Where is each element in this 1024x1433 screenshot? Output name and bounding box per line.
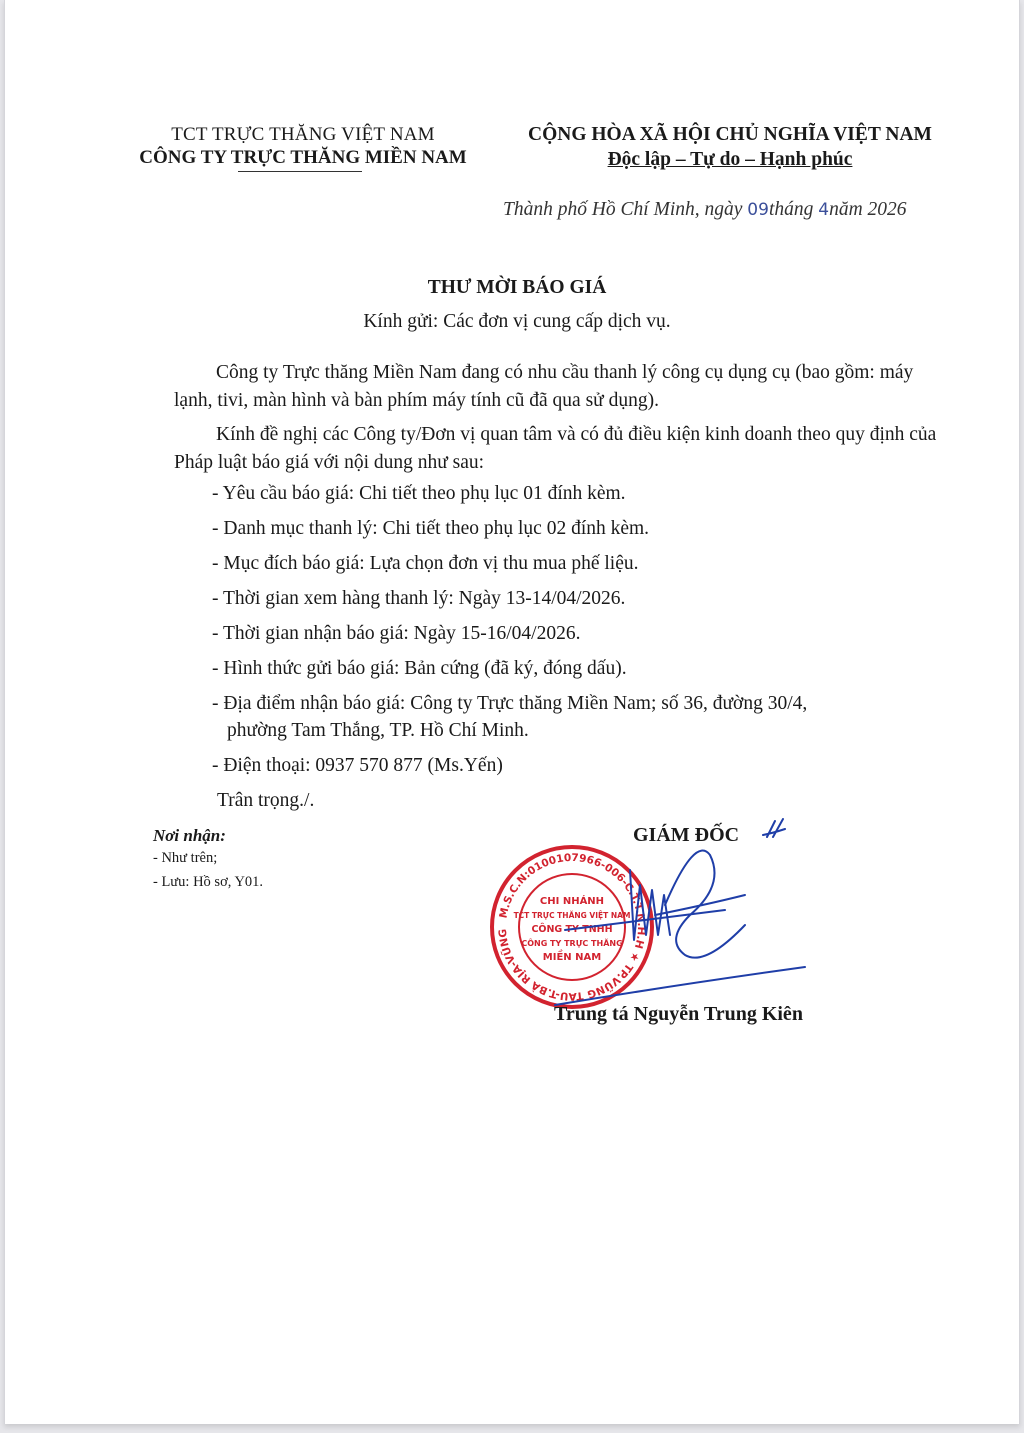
distribution-item: - Lưu: Hồ sơ, Y01. (153, 874, 263, 891)
document-page: TCT TRỰC THĂNG VIỆT NAM CÔNG TY TRỰC THĂ… (4, 0, 1020, 1424)
recipient-line: Kính gửi: Các đơn vị cung cấp dịch vụ. (305, 311, 729, 333)
signer-name: Trung tá Nguyễn Trung Kiên (554, 1003, 803, 1026)
list-item: - Thời gian xem hàng thanh lý: Ngày 13-1… (212, 588, 625, 610)
distribution-item: - Như trên; (153, 850, 217, 867)
list-item: - Thời gian nhận báo giá: Ngày 15-16/04/… (212, 623, 580, 645)
list-item: - Danh mục thanh lý: Chi tiết theo phụ l… (212, 518, 649, 540)
issue-date: Thành phố Hồ Chí Minh, ngày 09tháng 4năm… (503, 199, 907, 221)
list-item: - Địa điểm nhận báo giá: Công ty Trực th… (212, 693, 807, 715)
list-item: - Yêu cầu báo giá: Chi tiết theo phụ lục… (212, 483, 626, 505)
address-continuation: phường Tam Thắng, TP. Hồ Chí Minh. (227, 720, 529, 742)
closing-line: Trân trọng./. (217, 790, 314, 812)
document-title: THƯ MỜI BÁO GIÁ (305, 277, 729, 299)
request-paragraph: Kính đề nghị các Công ty/Đơn vị quan tâm… (174, 421, 944, 477)
national-title: CỘNG HÒA XÃ HỘI CHỦ NGHĨA VIỆT NAM (510, 124, 950, 146)
header-underline (238, 171, 362, 172)
distribution-label: Nơi nhận: (153, 826, 226, 846)
list-item: - Hình thức gửi báo giá: Bản cứng (đã ký… (212, 658, 627, 680)
national-motto: Độc lập – Tự do – Hạnh phúc (510, 149, 950, 171)
list-item: - Mục đích báo giá: Lựa chọn đơn vị thu … (212, 553, 639, 575)
handwritten-month: 4 (818, 200, 829, 220)
list-item: - Điện thoại: 0937 570 877 (Ms.Yến) (212, 755, 503, 777)
parent-organization: TCT TRỰC THĂNG VIỆT NAM (123, 124, 483, 146)
handwritten-day: 09 (747, 200, 769, 220)
handwritten-signature-icon (535, 815, 825, 1025)
company-name: CÔNG TY TRỰC THĂNG MIỀN NAM (117, 147, 489, 169)
intro-paragraph: Công ty Trực thăng Miền Nam đang có nhu … (174, 359, 944, 415)
